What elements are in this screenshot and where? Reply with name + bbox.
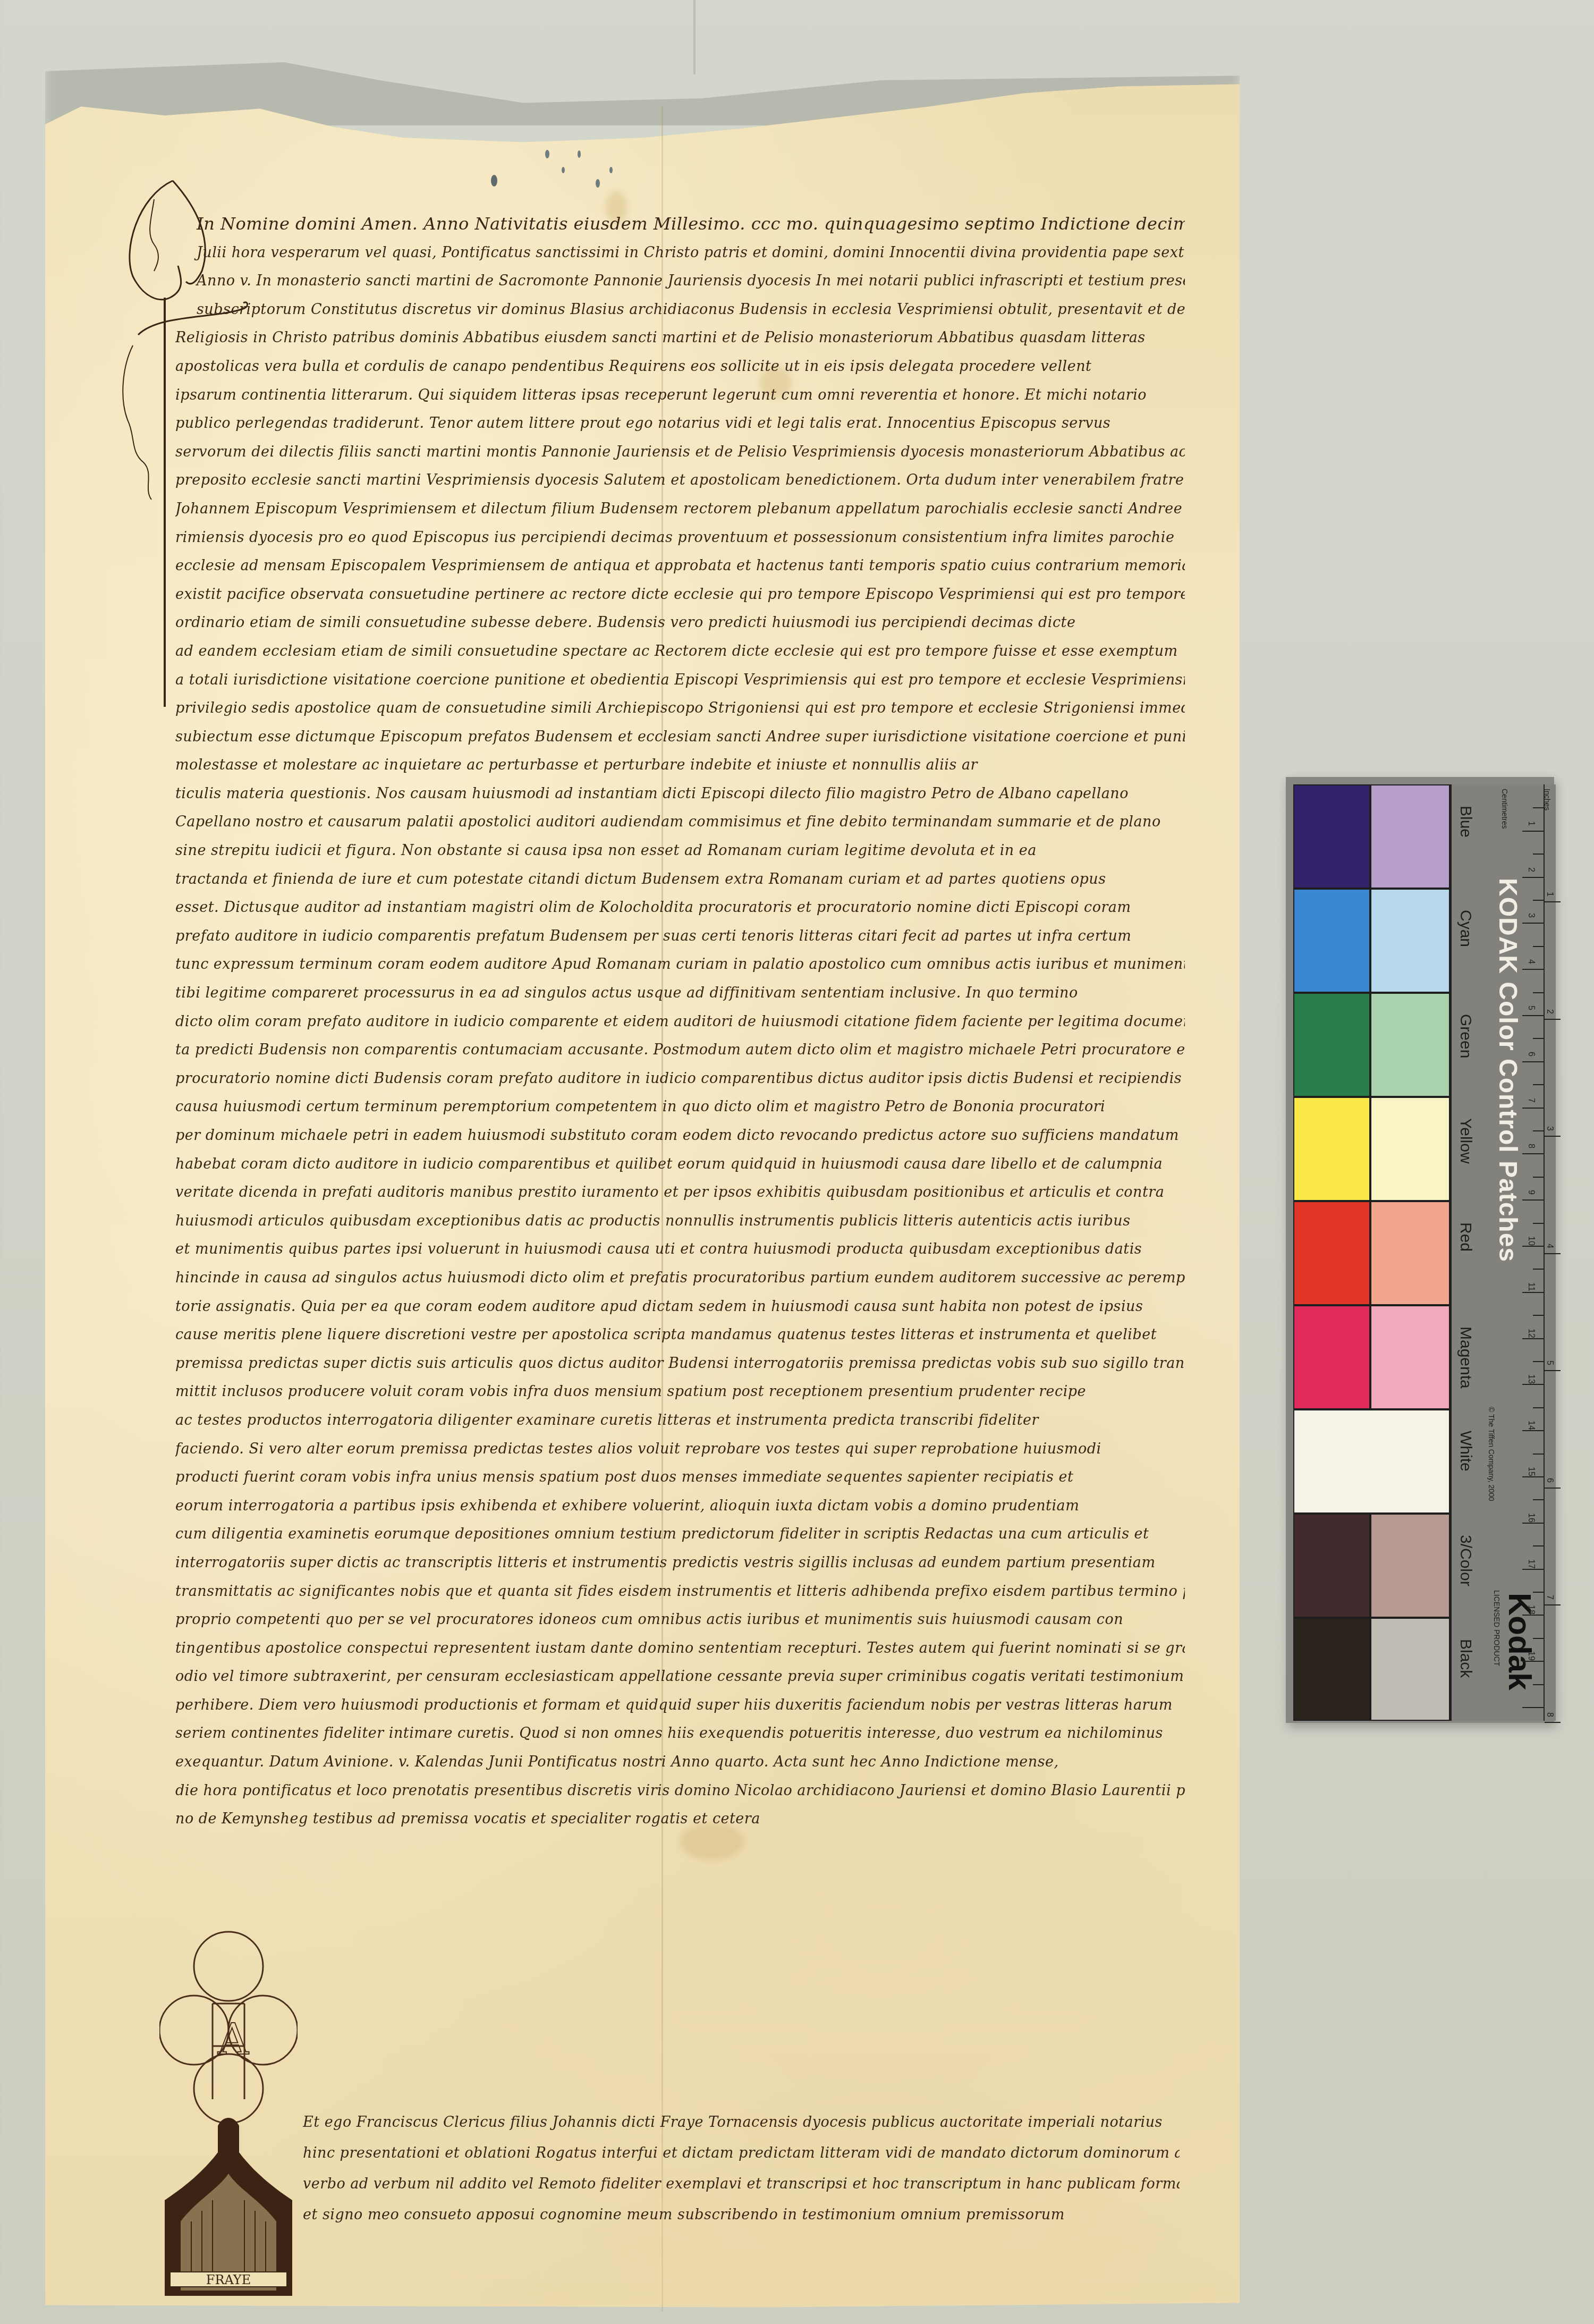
inch-tick — [1545, 1488, 1561, 1489]
subscription-line: et signo meo consueto apposui cognomine … — [303, 2200, 1180, 2230]
ruler-tick — [1533, 1038, 1544, 1039]
ruler-tick — [1522, 1476, 1544, 1477]
ruler-tick — [1533, 853, 1544, 855]
patch-magenta-solid — [1293, 1305, 1370, 1409]
ruler-tick — [1533, 1177, 1544, 1178]
kodak-color-control-strip: BlueCyanGreenYellowRedMagentaWhite3/Colo… — [1286, 777, 1554, 1723]
cm-tick-label: 11 — [1526, 1282, 1536, 1291]
manuscript-line: seriem continentes fideliter intimare cu… — [175, 1719, 1185, 1748]
patch-label: 3/Color — [1456, 1535, 1474, 1586]
inch-tick — [1545, 1604, 1561, 1605]
ruler-tick — [1522, 877, 1544, 878]
cm-tick-label: 13 — [1526, 1374, 1536, 1384]
manuscript-line: ipsarum continentia litterarum. Qui siqu… — [175, 381, 1185, 410]
manuscript-line: proprio competenti quo per se vel procur… — [175, 1605, 1185, 1634]
manuscript-line: ticulis materia questionis. Nos causam h… — [175, 780, 1185, 808]
inch-tick — [1545, 1136, 1561, 1137]
manuscript-line: preposito ecclesie sancti martini Vespri… — [175, 466, 1185, 495]
patch-green-solid — [1293, 993, 1370, 1097]
ruler-tick — [1533, 1545, 1544, 1546]
manuscript-line: odio vel timore subtraxerint, per censur… — [175, 1662, 1185, 1691]
cm-tick-label: 4 — [1526, 959, 1536, 964]
manuscript-line: privilegio sedis apostolice quam de cons… — [175, 694, 1185, 723]
cm-tick-label: 18 — [1526, 1605, 1536, 1615]
color-patch-grid — [1293, 784, 1450, 1721]
subscription-line: Et ego Franciscus Clericus filius Johann… — [303, 2107, 1180, 2138]
patch-black-tint — [1370, 1618, 1450, 1721]
ruler-tick — [1522, 1707, 1544, 1708]
manuscript-line: et munimentis quibus partes ipsi volueru… — [175, 1235, 1185, 1264]
inch-tick-label: 8 — [1545, 1712, 1554, 1717]
document-body-text: In Nomine domini Amen. Anno Nativitatis … — [175, 210, 1185, 1833]
ruler-tick — [1533, 1499, 1544, 1500]
patch-black-solid — [1293, 1618, 1370, 1721]
manuscript-line: transmittatis ac significantes nobis que… — [175, 1577, 1185, 1606]
manuscript-line: molestasse et molestare ac inquietare ac… — [175, 751, 1185, 780]
manuscript-line: subiectum esse dictumque Episcopum prefa… — [175, 723, 1185, 751]
manuscript-line: producti fuerint coram vobis infra unius… — [175, 1463, 1185, 1492]
inch-tick-label: 5 — [1545, 1360, 1554, 1365]
manuscript-line: rimiensis dyocesis pro eo quod Episcopus… — [175, 523, 1185, 552]
ruler-tick — [1533, 1638, 1544, 1639]
ruler-tick — [1522, 831, 1544, 832]
manuscript-line: servorum dei dilectis filiis sancti mart… — [175, 438, 1185, 467]
ruler-tick — [1533, 946, 1544, 947]
ruler-tick — [1522, 1061, 1544, 1062]
cm-tick-label: 5 — [1526, 1005, 1536, 1010]
patch-label: Magenta — [1456, 1326, 1474, 1389]
ruler-tick — [1522, 923, 1544, 924]
patch-red-tint — [1370, 1201, 1450, 1305]
manuscript-line: dicto olim coram prefato auditore in iud… — [175, 1008, 1185, 1036]
patch-label: Blue — [1456, 806, 1474, 838]
ruler-tick — [1533, 1361, 1544, 1362]
notarial-sign: A FRAYE — [159, 1924, 298, 2306]
cm-tick-label: 1 — [1526, 821, 1536, 826]
patch-white — [1293, 1409, 1450, 1514]
patch-cyan-solid — [1293, 889, 1370, 993]
cm-tick-label: 14 — [1526, 1421, 1536, 1430]
manuscript-line: eorum interrogatoria a partibus ipsis ex… — [175, 1492, 1185, 1520]
ruler-tick — [1522, 1384, 1544, 1385]
inch-tick-label: 6 — [1545, 1478, 1554, 1483]
manuscript-line: Johannem Episcopum Vesprimiensem et dile… — [175, 495, 1185, 523]
manuscript-line: torie assignatis. Quia per ea que coram … — [175, 1292, 1185, 1321]
manuscript-line: perhibere. Diem vero huiusmodi productio… — [175, 1691, 1185, 1720]
patch-magenta-tint — [1370, 1305, 1450, 1409]
ruler-tick — [1533, 1130, 1544, 1131]
manuscript-line: procuratorio nomine dicti Budensis coram… — [175, 1064, 1185, 1093]
inch-tick-label: 7 — [1545, 1595, 1554, 1600]
patch-label: Yellow — [1456, 1118, 1474, 1164]
manuscript-line: die hora pontificatus et loco prenotatis… — [175, 1777, 1185, 1805]
manuscript-line: ecclesie ad mensam Episcopalem Vesprimie… — [175, 552, 1185, 580]
manuscript-line: no de Kemynsheg testibus ad premissa voc… — [175, 1805, 1185, 1833]
ruler-tick — [1533, 1315, 1544, 1316]
patch-red-solid — [1293, 1201, 1370, 1305]
cm-tick-label: 19 — [1526, 1651, 1536, 1661]
inch-tick-label: 2 — [1545, 1009, 1554, 1014]
cm-tick-label: 15 — [1526, 1467, 1536, 1476]
manuscript-line: tibi legitime compareret processurus in … — [175, 979, 1185, 1008]
notarial-subscription: Et ego Franciscus Clericus filius Johann… — [303, 2107, 1180, 2230]
manuscript-line: mittit inclusos producere voluit coram v… — [175, 1378, 1185, 1406]
patch-label: Red — [1456, 1222, 1474, 1252]
manuscript-line: ta predicti Budensis non comparentis con… — [175, 1036, 1185, 1064]
manuscript-line: In Nomine domini Amen. Anno Nativitatis … — [175, 210, 1185, 239]
cm-tick-label: 16 — [1526, 1513, 1536, 1523]
subscription-line: verbo ad verbum nil addito vel Remoto fi… — [303, 2169, 1180, 2200]
patch-label: Green — [1456, 1014, 1474, 1058]
patch-blue-tint — [1370, 784, 1450, 889]
ruler-tick — [1533, 992, 1544, 993]
cm-tick-label: 17 — [1526, 1559, 1536, 1569]
manuscript-line: ac testes productos interrogatoria dilig… — [175, 1406, 1185, 1435]
manuscript-line: per dominum michaele petri in eadem huiu… — [175, 1121, 1185, 1150]
inch-tick-label: 4 — [1545, 1244, 1554, 1248]
patch-blue-solid — [1293, 784, 1370, 889]
inch-tick-label: 1 — [1545, 892, 1554, 897]
manuscript-line: exequantur. Datum Avinione. v. Kalendas … — [175, 1748, 1185, 1777]
ruler-tick — [1533, 1684, 1544, 1685]
manuscript-line: Anno v. In monasterio sancti martini de … — [175, 267, 1185, 295]
ruler-tick — [1533, 1407, 1544, 1408]
manuscript-line: cum diligentia examinetis eorumque depos… — [175, 1520, 1185, 1549]
ruler-tick — [1533, 1269, 1544, 1270]
manuscript-line: Religiosis in Christo patribus dominis A… — [175, 324, 1185, 352]
manuscript-line: existit pacifice observata consuetudine … — [175, 580, 1185, 609]
manuscript-line: premissa predictas super dictis suis art… — [175, 1349, 1185, 1378]
manuscript-line: veritate dicenda in prefati auditoris ma… — [175, 1178, 1185, 1207]
cm-tick-label: 2 — [1526, 867, 1536, 872]
inch-tick-label: 3 — [1545, 1126, 1554, 1131]
ruler-tick — [1533, 1592, 1544, 1593]
ruler-tick — [1533, 1084, 1544, 1085]
patch-cyan-tint — [1370, 889, 1450, 993]
inches-label: Inches — [1543, 789, 1551, 810]
ruler-tick — [1522, 1108, 1544, 1109]
ruler-tick — [1533, 900, 1544, 901]
manuscript-line: publico perlegendas tradiderunt. Tenor a… — [175, 409, 1185, 438]
ruler-tick — [1522, 1015, 1544, 1016]
cm-tick-label: 12 — [1526, 1329, 1536, 1338]
ruler-tick — [1533, 1223, 1544, 1224]
background-seam — [693, 0, 696, 74]
ruler-tick — [1522, 1199, 1544, 1201]
centimetres-label: Centimetres — [1500, 789, 1509, 829]
ruler-tick — [1522, 1153, 1544, 1154]
ruler-tick — [1522, 1523, 1544, 1524]
ruler-tick — [1522, 1246, 1544, 1247]
patch-3-color-tint — [1370, 1514, 1450, 1618]
inch-tick — [1545, 1253, 1561, 1254]
manuscript-line: Julii hora vesperarum vel quasi, Pontifi… — [175, 239, 1185, 267]
inch-tick — [1545, 1370, 1561, 1371]
patch-yellow-solid — [1293, 1097, 1370, 1201]
patch-label: Cyan — [1456, 910, 1474, 947]
manuscript-line: Capellano nostro et causarum palatii apo… — [175, 808, 1185, 836]
inch-tick — [1545, 1722, 1561, 1723]
manuscript-line: faciendo. Si vero alter eorum premissa p… — [175, 1435, 1185, 1464]
manuscript-line: a totali iurisdictione visitatione coerc… — [175, 666, 1185, 695]
manuscript-line: huiusmodi articulos quibusdam exceptioni… — [175, 1207, 1185, 1236]
cm-tick-label: 3 — [1526, 913, 1536, 918]
inch-tick — [1545, 901, 1561, 902]
chart-title: KODAK Color Control Patches — [1493, 878, 1522, 1262]
manuscript-line: tingentibus apostolice conspectui repres… — [175, 1634, 1185, 1663]
manuscript-line: sine strepitu iudicii et figura. Non obs… — [175, 836, 1185, 865]
chart-copyright: © The Tiffen Company, 2000 — [1487, 1407, 1496, 1501]
monogram-letter: A — [217, 2015, 249, 2064]
manuscript-line: causa huiusmodi certum terminum perempto… — [175, 1093, 1185, 1121]
manuscript-line: tunc expressum terminum coram eodem audi… — [175, 950, 1185, 979]
manuscript-line: subscriptorum Constitutus discretus vir … — [175, 295, 1185, 324]
manuscript-line: hincinde in causa ad singulos actus huiu… — [175, 1264, 1185, 1292]
cm-tick-label: 10 — [1526, 1236, 1536, 1246]
ruler-tick — [1522, 1292, 1544, 1293]
cm-tick-label: 9 — [1526, 1190, 1536, 1195]
manuscript-line: ordinario etiam de simili consuetudine s… — [175, 609, 1185, 637]
inch-tick — [1545, 1019, 1561, 1020]
patch-yellow-tint — [1370, 1097, 1450, 1201]
ruler-tick — [1533, 807, 1544, 808]
licensed-product: LICENSED PRODUCT — [1493, 1590, 1501, 1666]
manuscript-line: cause meritis plene liquere discretioni … — [175, 1321, 1185, 1349]
manuscript-line: esset. Dictusque auditor ad instantiam m… — [175, 893, 1185, 922]
ruler-tick — [1533, 1453, 1544, 1455]
cm-tick-label: 6 — [1526, 1052, 1536, 1057]
patch-3-color-solid — [1293, 1514, 1370, 1618]
patch-green-tint — [1370, 993, 1450, 1097]
subscription-line: hinc presentationi et oblationi Rogatus … — [303, 2138, 1180, 2169]
manuscript-line: habebat coram dicto auditore in iudicio … — [175, 1150, 1185, 1179]
notarial-sign-label: FRAYE — [206, 2272, 251, 2287]
ruler-tick — [1522, 969, 1544, 970]
manuscript-line: tractanda et finienda de iure et cum pot… — [175, 865, 1185, 894]
manuscript-line: ad eandem ecclesiam etiam de simili cons… — [175, 637, 1185, 666]
ruler-tick — [1522, 1615, 1544, 1616]
manuscript-line: prefato auditore in iudicio comparentis … — [175, 922, 1185, 951]
manuscript-line: interrogatoriis super dictis ac transcri… — [175, 1549, 1185, 1577]
patch-label: White — [1456, 1431, 1474, 1472]
cm-tick-label: 7 — [1526, 1098, 1536, 1103]
ruler-tick — [1522, 1430, 1544, 1431]
patch-label: Black — [1456, 1639, 1474, 1678]
ruler-tick — [1522, 1661, 1544, 1662]
cm-tick-label: 8 — [1526, 1144, 1536, 1148]
manuscript-line: apostolicas vera bulla et cordulis de ca… — [175, 352, 1185, 381]
